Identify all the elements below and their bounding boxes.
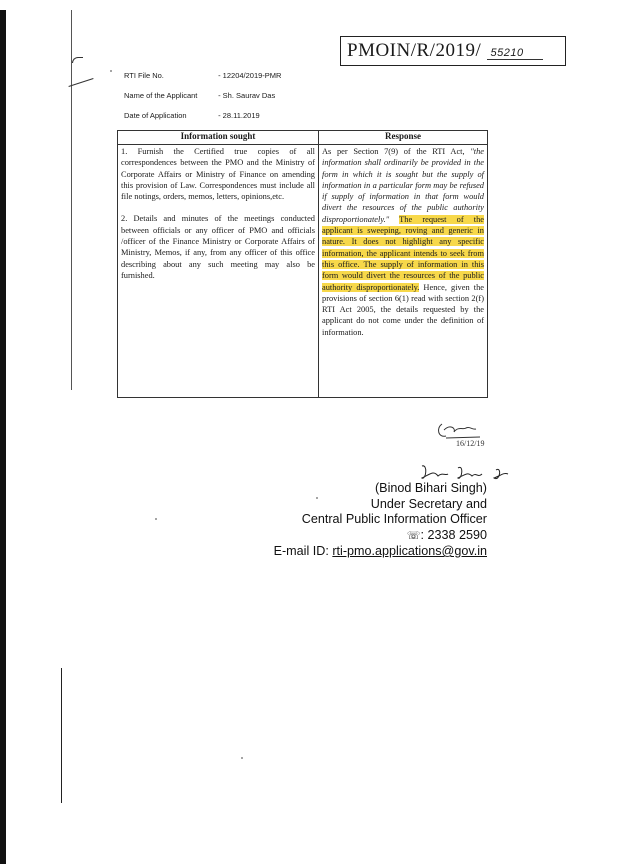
application-date-label: Date of Application bbox=[124, 111, 216, 120]
applicant-row: Name of the Applicant - Sh. Saurav Das bbox=[124, 91, 275, 100]
info-item: 2. Details and minutes of the meetings c… bbox=[121, 213, 315, 281]
margin-mark bbox=[68, 78, 93, 87]
response-intro: As per Section 7(9) of the RTI Act, bbox=[322, 147, 470, 156]
email-row: E-mail ID: rti-pmo.applications@gov.in bbox=[274, 544, 487, 560]
signatory-designation: Under Secretary and bbox=[274, 497, 487, 513]
reference-prefix: PMOIN/R/2019/ bbox=[347, 40, 481, 61]
information-sought-cell: 1. Furnish the Certified true copies of … bbox=[118, 145, 319, 398]
margin-mark bbox=[72, 57, 83, 63]
scan-speck bbox=[316, 497, 318, 499]
initials-signature: 16/12/19 bbox=[436, 418, 506, 448]
table-header-row: Information sought Response bbox=[118, 131, 488, 145]
signatory-name: (Binod Bihari Singh) bbox=[274, 481, 487, 497]
rti-file-row: RTI File No. - 12204/2019-PMR bbox=[124, 71, 281, 80]
margin-rule bbox=[61, 668, 62, 803]
scan-speck bbox=[110, 70, 112, 72]
response-cell: As per Section 7(9) of the RTI Act, "the… bbox=[319, 145, 488, 398]
application-date-value: - 28.11.2019 bbox=[218, 111, 260, 120]
scan-speck bbox=[241, 757, 243, 759]
application-date-row: Date of Application - 28.11.2019 bbox=[124, 111, 260, 120]
telephone-icon: ☏ bbox=[407, 530, 421, 542]
signatory-designation: Central Public Information Officer bbox=[274, 512, 487, 528]
phone-row: ☏: 2338 2590 bbox=[274, 528, 487, 545]
email-label: E-mail ID: bbox=[274, 544, 333, 558]
response-highlight: The request of the applicant is sweeping… bbox=[322, 215, 484, 292]
response-quote: "the information shall ordinarily be pro… bbox=[322, 147, 484, 224]
scan-speck bbox=[155, 518, 157, 520]
rti-file-label: RTI File No. bbox=[124, 71, 216, 80]
phone-number: : 2338 2590 bbox=[420, 528, 487, 542]
applicant-value: - Sh. Saurav Das bbox=[218, 91, 275, 100]
rti-file-value: - 12204/2019-PMR bbox=[218, 71, 281, 80]
initials-date: 16/12/19 bbox=[456, 439, 484, 448]
header-response: Response bbox=[319, 131, 488, 145]
signatory-block: (Binod Bihari Singh) Under Secretary and… bbox=[274, 463, 487, 560]
info-item: 1. Furnish the Certified true copies of … bbox=[121, 146, 315, 202]
margin-rule bbox=[71, 10, 72, 390]
applicant-label: Name of the Applicant bbox=[124, 91, 216, 100]
reference-stamp: PMOIN/R/2019/ 55210 bbox=[340, 36, 566, 66]
header-information-sought: Information sought bbox=[118, 131, 319, 145]
reference-number: 55210 bbox=[487, 47, 543, 60]
rti-response-table: Information sought Response 1. Furnish t… bbox=[117, 130, 488, 398]
scan-edge-shadow bbox=[0, 10, 6, 864]
email-link[interactable]: rti-pmo.applications@gov.in bbox=[332, 544, 487, 558]
table-row: 1. Furnish the Certified true copies of … bbox=[118, 145, 488, 398]
